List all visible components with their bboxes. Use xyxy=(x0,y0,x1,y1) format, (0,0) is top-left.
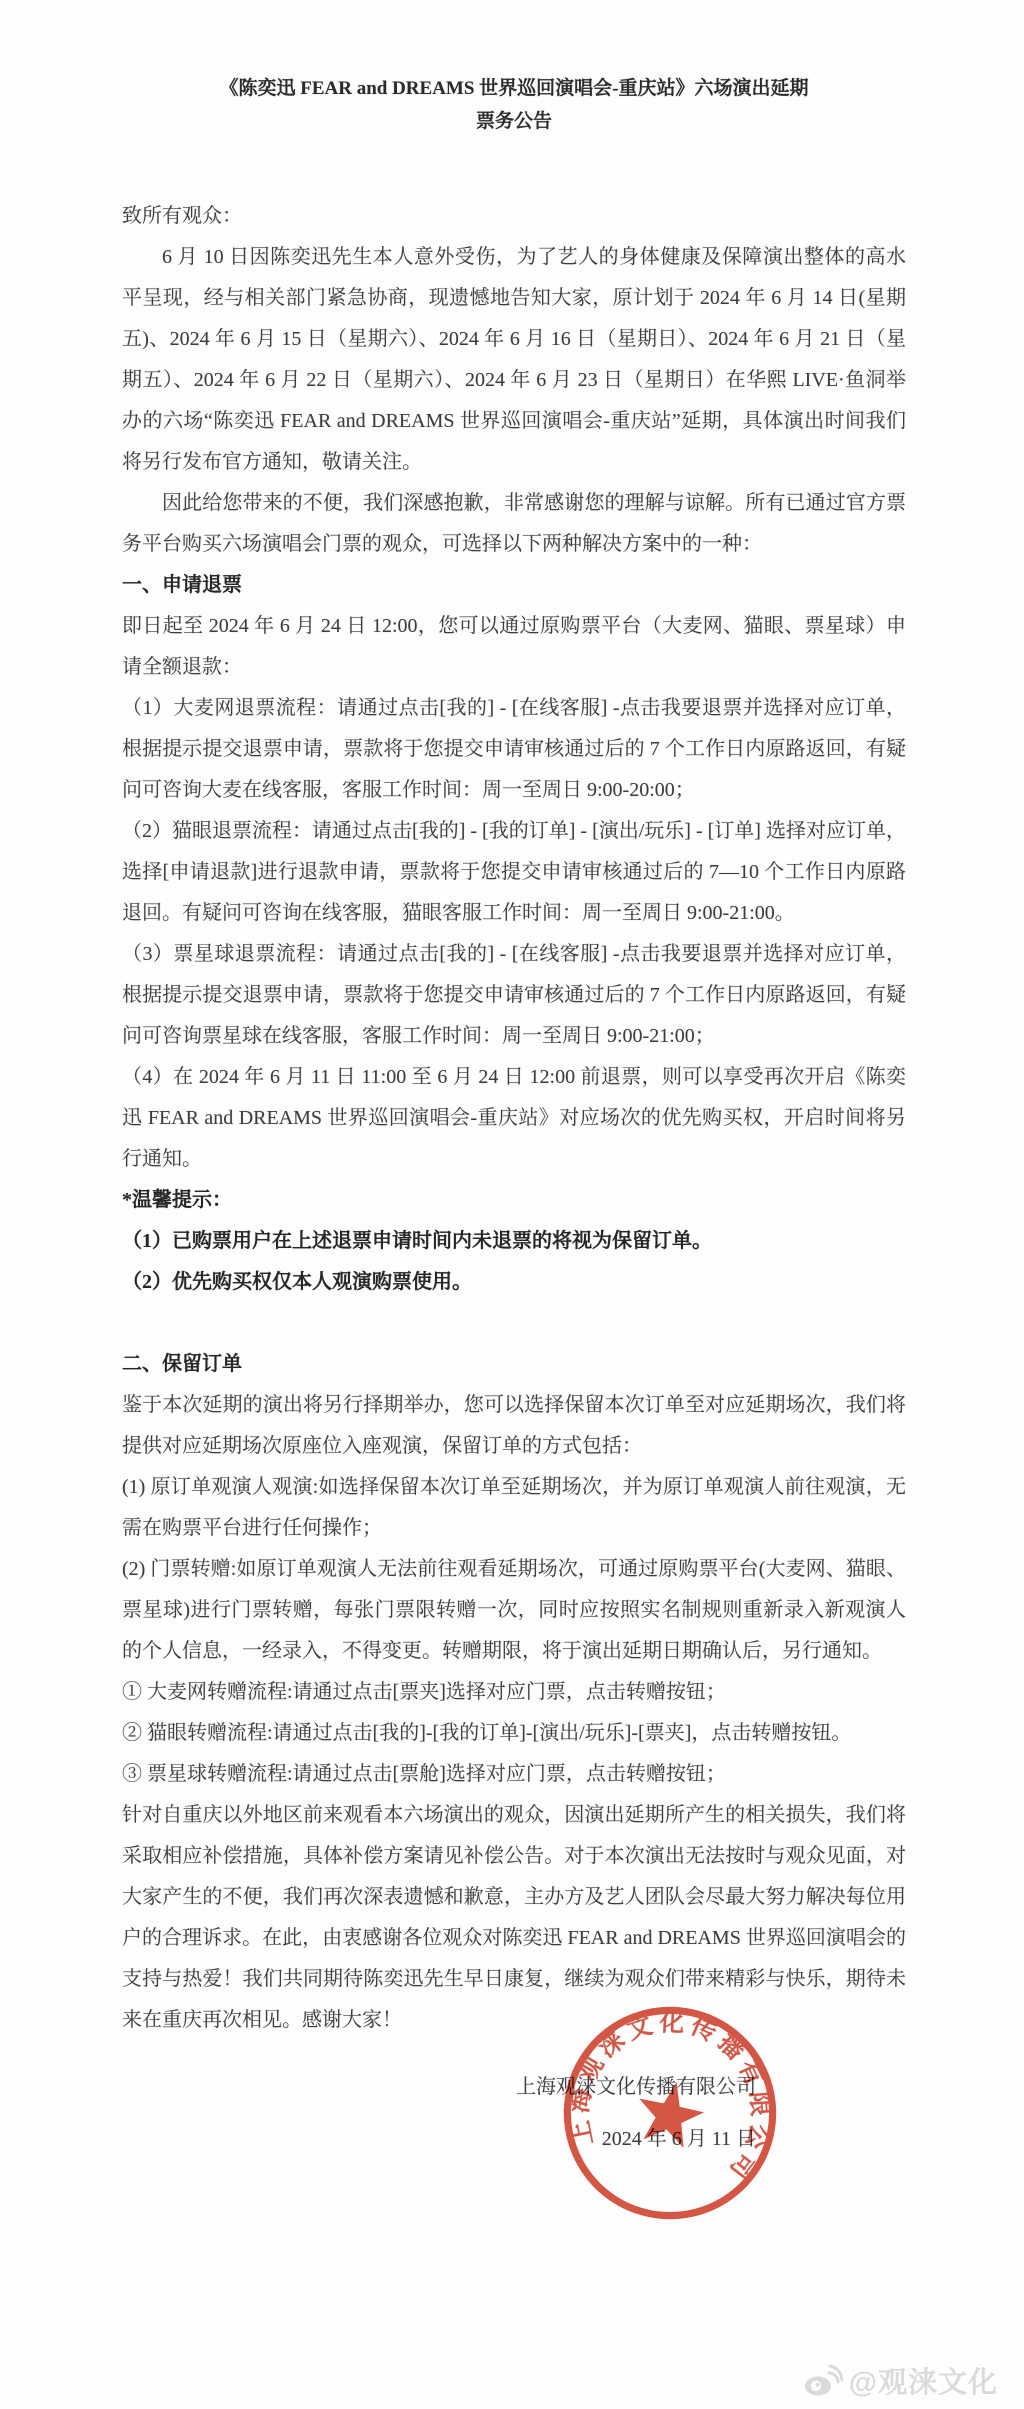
paragraph: 因此给您带来的不便，我们深感抱歉，非常感谢您的理解与谅解。所有已通过官方票务平台… xyxy=(122,483,906,565)
document-body: 致所有观众：6 月 10 日因陈奕迅先生本人意外受伤，为了艺人的身体健康及保障演… xyxy=(122,196,906,2041)
paragraph: （1）已购票用户在上述退票申请时间内未退票的将视为保留订单。 xyxy=(122,1221,906,1262)
section-heading: *温馨提示： xyxy=(122,1180,906,1221)
paragraph: 即日起至 2024 年 6 月 24 日 12:00，您可以通过原购票平台（大麦… xyxy=(122,606,906,688)
document-title-line1: 《陈奕迅 FEAR and DREAMS 世界巡回演唱会-重庆站》六场演出延期 xyxy=(122,72,906,105)
section-heading: 二、保留订单 xyxy=(122,1344,906,1385)
weibo-icon xyxy=(803,2364,843,2398)
section-heading: 一、申请退票 xyxy=(122,565,906,606)
paragraph: （2）优先购买权仅本人观演购票使用。 xyxy=(122,1262,906,1303)
watermark-handle: @观涞文化 xyxy=(849,2360,998,2401)
paragraph: 鉴于本次延期的演出将另行择期举办，您可以选择保留本次订单至对应延期场次，我们将提… xyxy=(122,1385,906,1467)
signature-company: 上海观涞文化传播有限公司 xyxy=(122,2061,756,2113)
paragraph: ② 猫眼转赠流程:请通过点击[我的]-[我的订单]-[演出/玩乐]-[票夹]，点… xyxy=(122,1713,906,1754)
document-title: 《陈奕迅 FEAR and DREAMS 世界巡回演唱会-重庆站》六场演出延期 … xyxy=(122,72,906,138)
paragraph: ③ 票星球转赠流程:请通过点击[票舱]选择对应门票，点击转赠按钮； xyxy=(122,1754,906,1795)
paragraph: （3）票星球退票流程：请通过点击[我的] - [在线客服] -点击我要退票并选择… xyxy=(122,934,906,1057)
paragraph: 针对自重庆以外地区前来观看本六场演出的观众，因演出延期所产生的相关损失，我们将采… xyxy=(122,1795,906,2041)
signature-date: 2024 年 6 月 11 日 xyxy=(122,2113,756,2165)
paragraph: （4）在 2024 年 6 月 11 日 11:00 至 6 月 24 日 12… xyxy=(122,1057,906,1180)
watermark: @观涞文化 xyxy=(803,2360,998,2401)
paragraph: (2) 门票转赠:如原订单观演人无法前往观看延期场次，可通过原购票平台(大麦网、… xyxy=(122,1549,906,1672)
paragraph: 致所有观众： xyxy=(122,196,906,237)
paragraph: （1）大麦网退票流程：请通过点击[我的] - [在线客服] -点击我要退票并选择… xyxy=(122,688,906,811)
announcement-document: 《陈奕迅 FEAR and DREAMS 世界巡回演唱会-重庆站》六场演出延期 … xyxy=(0,0,1024,2409)
document-title-line2: 票务公告 xyxy=(122,105,906,138)
paragraph: (1) 原订单观演人观演:如选择保留本次订单至延期场次，并为原订单观演人前往观演… xyxy=(122,1467,906,1549)
paragraph: （2）猫眼退票流程：请通过点击[我的] - [我的订单] - [演出/玩乐] -… xyxy=(122,811,906,934)
paragraph: ① 大麦网转赠流程:请通过点击[票夹]选择对应门票，点击转赠按钮； xyxy=(122,1672,906,1713)
signature-block: 上海观涞文化传播有限公司 2024 年 6 月 11 日 上海观涞文化传播有限公… xyxy=(122,2061,906,2165)
paragraph: 6 月 10 日因陈奕迅先生本人意外受伤，为了艺人的身体健康及保障演出整体的高水… xyxy=(122,237,906,483)
